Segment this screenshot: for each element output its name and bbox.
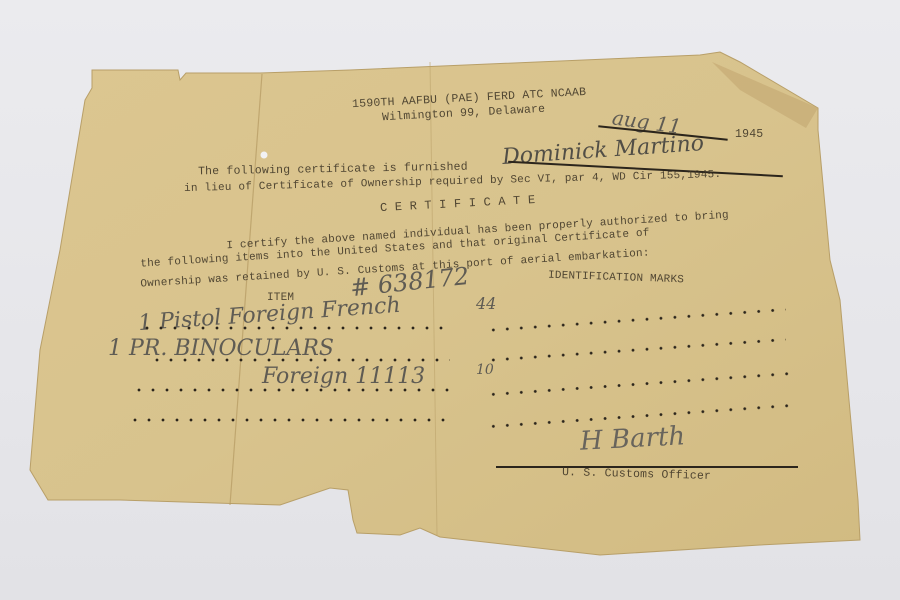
signature-line bbox=[496, 466, 798, 468]
item-3-text: Foreign 11113 bbox=[262, 364, 425, 389]
paper-sheet bbox=[0, 0, 900, 600]
typed-year: 1945 bbox=[735, 128, 763, 141]
item-3-dots-left bbox=[132, 388, 452, 392]
officer-signature: H Barth bbox=[579, 421, 686, 456]
item-3-note: 10 bbox=[476, 362, 494, 378]
item-1-note: 44 bbox=[476, 294, 496, 313]
item-2-dots-left bbox=[150, 358, 450, 362]
certificate-document: 1590TH AAFBU (PAE) FERD ATC NCAAB Wilmin… bbox=[0, 0, 900, 600]
blank-row-dots-left bbox=[128, 418, 448, 422]
item-1-dots-left bbox=[140, 326, 450, 330]
